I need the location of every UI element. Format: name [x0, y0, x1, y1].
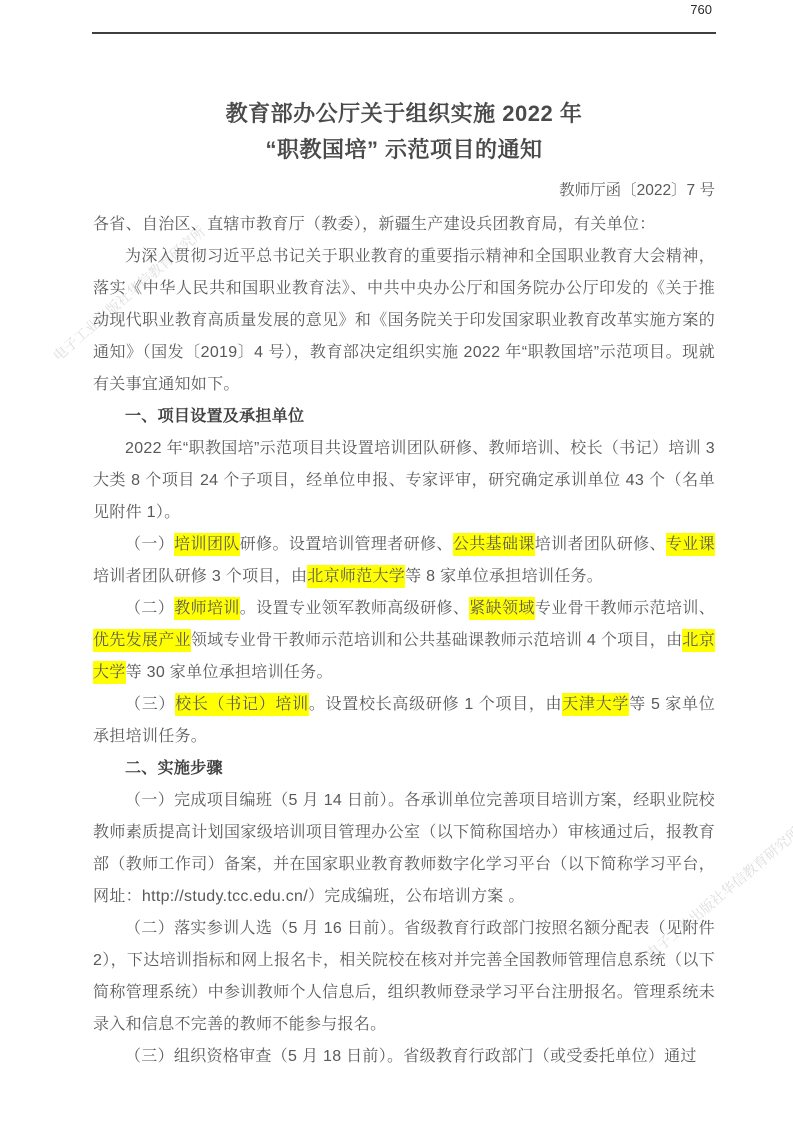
highlighted-text: 校长（书记）培训	[175, 693, 309, 716]
text-segment: （三）	[125, 696, 175, 713]
text-segment: （二）	[125, 600, 174, 617]
text-segment: 为深入贯彻习近平总书记关于职业教育的重要指示精神和全国职业教育大会精神，落实《中…	[93, 248, 715, 393]
paragraph: 2022 年“职教国培”示范项目共设置培训团队研修、教师培训、校长（书记）培训 …	[93, 433, 715, 529]
section-heading: 一、项目设置及承担单位	[93, 401, 715, 433]
text-segment: 研修。设置培训管理者研修、	[240, 536, 453, 553]
header-rule	[92, 32, 716, 34]
highlighted-text: 专业课	[666, 533, 715, 556]
paragraph: （一）培训团队研修。设置培训管理者研修、公共基础课培训者团队研修、专业课培训者团…	[93, 529, 715, 593]
paragraph: 为深入贯彻习近平总书记关于职业教育的重要指示精神和全国职业教育大会精神，落实《中…	[93, 241, 715, 401]
page-number: 760	[690, 2, 712, 17]
document-body: 各省、自治区、直辖市教育厅（教委），新疆生产建设兵团教育局，有关单位：为深入贯彻…	[93, 209, 715, 1073]
text-segment: 各省、自治区、直辖市教育厅（教委），新疆生产建设兵团教育局，有关单位：	[93, 216, 656, 233]
document-title: 教育部办公厅关于组织实施 2022 年 “职教国培” 示范项目的通知	[93, 96, 715, 168]
text-segment: 培训者团队研修、	[535, 536, 666, 553]
text-segment: （二）落实参训人选（5 月 16 日前）。省级教育行政部门按照名额分配表（见附件…	[93, 920, 715, 1033]
paragraph: 各省、自治区、直辖市教育厅（教委），新疆生产建设兵团教育局，有关单位：	[93, 209, 715, 241]
paragraph: （一）完成项目编班（5 月 14 日前）。各承训单位完善项目培训方案，经职业院校…	[93, 785, 715, 913]
document-page: 电子工业出版社华信教育研究所 电子工业出版社华信教育研究所 760 教育部办公厅…	[0, 0, 793, 1122]
paragraph: （三）校长（书记）培训。设置校长高级研修 1 个项目，由天津大学等 5 家单位承…	[93, 689, 715, 753]
document-content: 教育部办公厅关于组织实施 2022 年 “职教国培” 示范项目的通知 教师厅函〔…	[93, 96, 715, 1073]
section-heading: 二、实施步骤	[93, 753, 715, 785]
text-segment: 等 30 家单位承担培训任务。	[126, 664, 333, 681]
highlighted-text: 培训团队	[174, 533, 240, 556]
paragraph: （二）落实参训人选（5 月 16 日前）。省级教育行政部门按照名额分配表（见附件…	[93, 913, 715, 1041]
text-segment: 专业骨干教师示范培训、	[535, 600, 715, 617]
highlighted-text: 公共基础课	[453, 533, 535, 556]
text-segment: 领域专业骨干教师示范培训和公共基础课教师示范培训 4 个项目，由	[191, 632, 683, 649]
text-segment: （三）组织资格审查（5 月 18 日前）。省级教育行政部门（或受委托单位）通过	[125, 1048, 697, 1065]
highlighted-text: 北京师范大学	[307, 565, 405, 588]
highlighted-text: 天津大学	[562, 693, 629, 716]
title-line-2: “职教国培” 示范项目的通知	[93, 132, 715, 168]
text-segment: （一）	[125, 536, 174, 553]
text-segment: 。设置校长高级研修 1 个项目，由	[309, 696, 562, 713]
text-segment: 等 8 家单位承担培训任务。	[405, 568, 603, 585]
paragraph: （二）教师培训。设置专业领军教师高级研修、紧缺领域专业骨干教师示范培训、优先发展…	[93, 593, 715, 689]
text-segment: 。设置专业领军教师高级研修、	[240, 600, 469, 617]
paragraph: （三）组织资格审查（5 月 18 日前）。省级教育行政部门（或受委托单位）通过	[93, 1041, 715, 1073]
text-segment: 培训者团队研修 3 个项目，由	[93, 568, 307, 585]
title-line-1: 教育部办公厅关于组织实施 2022 年	[93, 96, 715, 132]
text-segment: 一、项目设置及承担单位	[125, 408, 304, 425]
text-segment: 2022 年“职教国培”示范项目共设置培训团队研修、教师培训、校长（书记）培训 …	[93, 440, 715, 521]
text-segment: （一）完成项目编班（5 月 14 日前）。各承训单位完善项目培训方案，经职业院校…	[93, 792, 715, 905]
highlighted-text: 教师培训	[174, 597, 240, 620]
highlighted-text: 紧缺领域	[469, 597, 535, 620]
text-segment: 二、实施步骤	[125, 760, 223, 777]
doc-number: 教师厅函〔2022〕7 号	[93, 180, 715, 202]
highlighted-text: 优先发展产业	[93, 629, 191, 652]
